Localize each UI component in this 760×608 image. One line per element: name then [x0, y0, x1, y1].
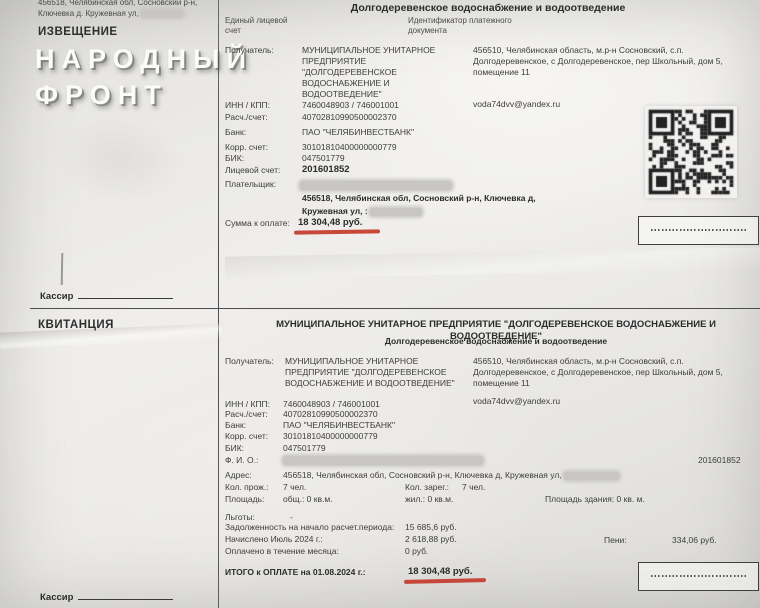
- field-value: 30101810400000000779: [283, 431, 378, 442]
- field-label: Банк:: [225, 420, 246, 431]
- total-due-label: ИТОГО к ОПЛАТЕ на 01.08.2024 г.:: [225, 567, 366, 578]
- section-divider-line: [30, 308, 760, 309]
- watermark-narodny-front-line2: ФРОНТ: [35, 80, 168, 111]
- cashier-line-receipt: Кассир: [40, 590, 173, 603]
- penalty-value: 334,06 руб.: [672, 535, 717, 546]
- signature-line: [78, 289, 173, 299]
- field-value: 40702810990500002370: [283, 409, 378, 420]
- accrued-value: 2 618,88 руб.: [405, 534, 457, 545]
- personal-account-number: 201601852: [302, 164, 350, 175]
- residents-value: 7 чел.: [283, 482, 306, 493]
- field-label: ИНН / КПП:: [225, 100, 270, 111]
- registered-label: Кол. зарег.:: [405, 482, 449, 493]
- total-due-value: 18 304,48 руб.: [408, 566, 472, 577]
- field-value: 7460048903 / 746001001: [302, 100, 399, 111]
- receipt-org-subtitle: Долгодеревенское водоснабжение и водоотв…: [240, 336, 752, 346]
- building-area-value: Площадь здания: 0 кв. м.: [545, 494, 645, 505]
- field-label: БИК:: [225, 443, 244, 454]
- total-underline-marker: [404, 578, 486, 583]
- amount-underline-marker: [294, 229, 380, 234]
- paid-value: 0 руб.: [405, 546, 428, 557]
- stub-divider-line: [218, 0, 219, 608]
- field-value: ПАО "ЧЕЛЯБИНВЕСТБАНК": [283, 420, 395, 431]
- cashier-label: Кассир: [40, 291, 73, 302]
- redaction-blur: [141, 10, 183, 17]
- stub-payer-address-line1: 456518, Челябинская обл, Сосновский р-н,: [38, 0, 197, 8]
- address-label: Адрес:: [225, 470, 252, 481]
- paper-crease: [61, 253, 63, 285]
- recipient-address: 456510, Челябинская область, м.р-н Сосно…: [473, 45, 758, 78]
- area-total-value: общ.: 0 кв.м.: [283, 494, 333, 505]
- registered-value: 7 чел.: [462, 482, 485, 493]
- recipient-label: Получатель:: [225, 356, 274, 367]
- address-value: 456518, Челябинская обл, Сосновский р-н,…: [283, 470, 619, 481]
- recipient-email: voda74dvv@yandex.ru: [473, 396, 560, 407]
- paid-label: Оплачено в течение месяца:: [225, 546, 339, 557]
- field-label: Расч./счет:: [225, 409, 268, 420]
- cashier-label: Кассир: [40, 592, 73, 603]
- recipient-value: МУНИЦИПАЛЬНОЕ УНИТАРНОЕ ПРЕДПРИЯТИЕ "ДОЛ…: [285, 356, 473, 389]
- debt-value: 15 685,6 руб.: [405, 522, 457, 533]
- redaction-blur: [370, 208, 422, 216]
- area-label: Площадь:: [225, 494, 264, 505]
- redaction-blur-payer-name: [300, 181, 452, 190]
- notice-header-title: Долгодеревенское водоснабжение и водоотв…: [228, 2, 748, 14]
- residents-label: Кол. прож.:: [225, 482, 269, 493]
- field-label: Лицевой счет:: [225, 165, 280, 176]
- unified-account-label: Единый лицевой счет: [225, 16, 297, 35]
- amount-due-label: Сумма к оплате:: [225, 218, 290, 229]
- stub-payer-address-line2-text: Ключевка д. Кружевная ул,: [38, 9, 139, 18]
- fio-label: Ф. И. О.:: [225, 455, 258, 466]
- debt-label: Задолженность на начало расчет.периода:: [225, 522, 394, 533]
- qr-code: [645, 106, 737, 198]
- penalty-label: Пени:: [604, 535, 627, 546]
- area-living-value: жил.: 0 кв.м.: [405, 494, 453, 505]
- barcode-box: [638, 216, 759, 245]
- field-label: Расч./счет:: [225, 112, 268, 123]
- amount-due-value: 18 304,48 руб.: [298, 217, 362, 228]
- field-label: Корр. счет:: [225, 431, 268, 442]
- barcode-box: [638, 562, 759, 591]
- field-value: 047501779: [302, 153, 345, 164]
- payer-address-line2-text: Кружевная ул, :: [302, 206, 368, 216]
- payer-address-line1: 456518, Челябинская обл, Сосновский р-н,…: [302, 193, 536, 204]
- field-label: Корр. счет:: [225, 142, 268, 153]
- scanned-utility-bill: 456518, Челябинская обл, Сосновский р-н,…: [0, 0, 760, 608]
- field-value: 047501779: [283, 443, 326, 454]
- recipient-address: 456510, Челябинская область, м.р-н Сосно…: [473, 356, 758, 389]
- accrued-label: Начислено Июль 2024 г.:: [225, 534, 323, 545]
- redaction-blur-fio: [283, 456, 483, 465]
- stub-payer-address-line2: Ключевка д. Кружевная ул,: [38, 9, 183, 19]
- recipient-email: voda74dvv@yandex.ru: [473, 99, 560, 110]
- recipient-value: МУНИЦИПАЛЬНОЕ УНИТАРНОЕ ПРЕДПРИЯТИЕ "ДОЛ…: [302, 45, 450, 100]
- field-value: 40702810990500002370: [302, 112, 397, 123]
- personal-account-number: 201601852: [698, 455, 741, 466]
- field-label: БИК:: [225, 153, 244, 164]
- payment-doc-id-label: Идентификатор платежного документа: [408, 16, 526, 35]
- field-label: Банк:: [225, 127, 246, 138]
- payer-label: Плательщик:: [225, 179, 276, 190]
- watermark-narodny-front-line1: НАРОДНЫЙ: [35, 44, 253, 75]
- payer-address-line2: Кружевная ул, :: [302, 206, 422, 217]
- address-value-text: 456518, Челябинская обл, Сосновский р-н,…: [283, 470, 562, 480]
- field-value: ПАО "ЧЕЛЯБИНВЕСТБАНК": [302, 127, 414, 138]
- microtext-line: [651, 229, 748, 231]
- notice-section-title: ИЗВЕЩЕНИЕ: [38, 26, 118, 38]
- recipient-label: Получатель:: [225, 45, 274, 56]
- microtext-line: [651, 575, 748, 577]
- redaction-blur: [564, 472, 619, 480]
- paper-crease: [225, 247, 760, 278]
- signature-line: [78, 590, 173, 600]
- cashier-line-notice: Кассир: [40, 289, 173, 302]
- receipt-section-title: КВИТАНЦИЯ: [38, 319, 114, 331]
- field-value: 30101810400000000779: [302, 142, 397, 153]
